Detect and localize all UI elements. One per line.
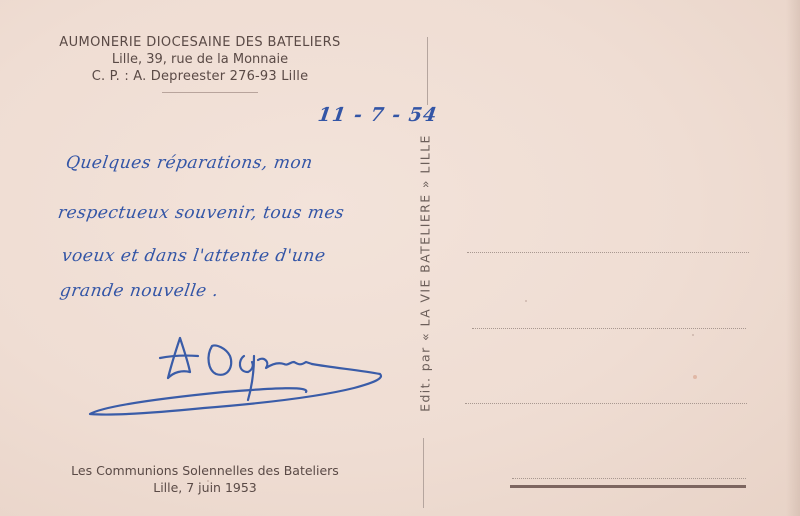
address-line-2 bbox=[472, 328, 746, 329]
center-divider-top bbox=[427, 37, 428, 105]
center-divider-bottom bbox=[423, 438, 424, 508]
address-line-3 bbox=[465, 403, 747, 404]
paper-speck bbox=[207, 480, 209, 482]
message-line-1: Quelques réparations, mon bbox=[65, 153, 314, 173]
paper-speck bbox=[693, 375, 697, 379]
header-divider bbox=[162, 92, 258, 93]
caption-title: Les Communions Solennelles des Bateliers bbox=[55, 462, 355, 479]
signature bbox=[84, 326, 394, 422]
message-line-3: voeux et dans l'attente d'une bbox=[61, 246, 327, 266]
sender-header: AUMONERIE DIOCESAINE DES BATELIERS Lille… bbox=[40, 34, 360, 85]
organization-address: Lille, 39, rue de la Monnaie bbox=[40, 51, 360, 68]
paper-speck bbox=[692, 334, 694, 336]
postcard-back: AUMONERIE DIOCESAINE DES BATELIERS Lille… bbox=[0, 0, 800, 516]
message-line-2: respectueux souvenir, tous mes bbox=[57, 203, 346, 223]
postal-account: C. P. : A. Depreester 276-93 Lille bbox=[40, 68, 360, 85]
address-line-1 bbox=[467, 252, 749, 253]
address-underline bbox=[510, 485, 746, 488]
address-line-4 bbox=[512, 478, 746, 479]
publisher-imprint: Edit. par « LA VIE BATELIERE » LILLE bbox=[418, 134, 433, 412]
organization-name: AUMONERIE DIOCESAINE DES BATELIERS bbox=[40, 34, 360, 51]
photo-caption: Les Communions Solennelles des Bateliers… bbox=[55, 462, 355, 496]
caption-place-date: Lille, 7 juin 1953 bbox=[55, 479, 355, 496]
paper-speck bbox=[525, 300, 527, 302]
handwritten-date: 11 - 7 - 54 bbox=[316, 104, 438, 126]
message-line-4: grande nouvelle . bbox=[59, 281, 220, 301]
